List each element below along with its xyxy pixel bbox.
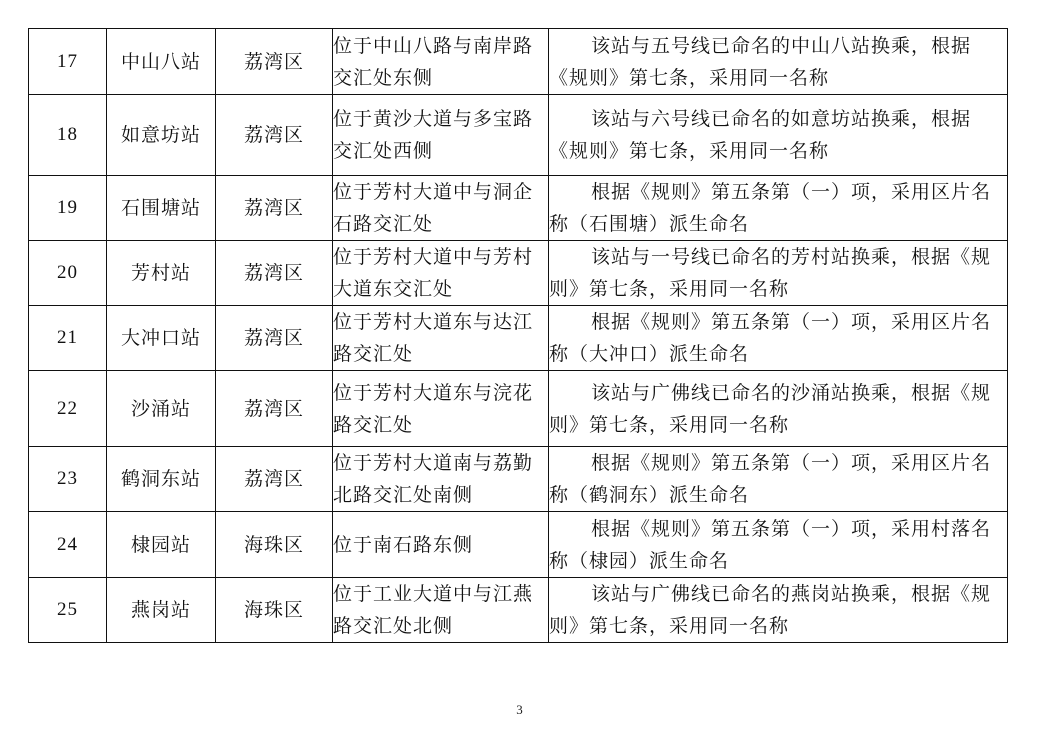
location-cell: 位于芳村大道东与达江路交汇处 (333, 306, 549, 371)
district-cell: 海珠区 (216, 512, 333, 578)
station-name-cell: 鹤洞东站 (107, 447, 216, 512)
location-cell: 位于南石路东侧 (333, 512, 549, 578)
district-cell: 荔湾区 (216, 306, 333, 371)
naming-reason-text: 该站与广佛线已命名的沙涌站换乘，根据《规则》第七条，采用同一名称 (549, 382, 991, 436)
table-row: 19石围塘站荔湾区位于芳村大道中与洞企石路交汇处根据《规则》第五条第（一）项，采… (29, 176, 1008, 241)
station-number-cell: 21 (29, 306, 107, 371)
district-cell: 荔湾区 (216, 95, 333, 176)
station-name-cell: 石围塘站 (107, 176, 216, 241)
document-page: 17中山八站荔湾区位于中山八路与南岸路交汇处东侧该站与五号线已命名的中山八站换乘… (0, 0, 1039, 729)
location-cell: 位于芳村大道南与荔勤北路交汇处南侧 (333, 447, 549, 512)
station-name-cell: 如意坊站 (107, 95, 216, 176)
district-cell: 荔湾区 (216, 371, 333, 447)
naming-reason-text: 根据《规则》第五条第（一）项，采用区片名称（石围塘）派生命名 (549, 181, 991, 235)
naming-reason-cell: 该站与六号线已命名的如意坊站换乘，根据《规则》第七条，采用同一名称 (549, 95, 1008, 176)
naming-reason-text: 该站与五号线已命名的中山八站换乘，根据《规则》第七条，采用同一名称 (549, 35, 971, 89)
table-row: 17中山八站荔湾区位于中山八路与南岸路交汇处东侧该站与五号线已命名的中山八站换乘… (29, 29, 1008, 95)
station-number-cell: 25 (29, 578, 107, 643)
table-row: 25燕岗站海珠区位于工业大道中与江燕路交汇处北侧该站与广佛线已命名的燕岗站换乘，… (29, 578, 1008, 643)
station-naming-table: 17中山八站荔湾区位于中山八路与南岸路交汇处东侧该站与五号线已命名的中山八站换乘… (28, 28, 1008, 643)
location-cell: 位于芳村大道中与洞企石路交汇处 (333, 176, 549, 241)
table-row: 22沙涌站荔湾区位于芳村大道东与浣花路交汇处该站与广佛线已命名的沙涌站换乘，根据… (29, 371, 1008, 447)
station-number-cell: 17 (29, 29, 107, 95)
district-cell: 荔湾区 (216, 29, 333, 95)
naming-reason-cell: 该站与五号线已命名的中山八站换乘，根据《规则》第七条，采用同一名称 (549, 29, 1008, 95)
page-number: 3 (0, 702, 1039, 718)
table-row: 20芳村站荔湾区位于芳村大道中与芳村大道东交汇处该站与一号线已命名的芳村站换乘，… (29, 241, 1008, 306)
station-number-cell: 22 (29, 371, 107, 447)
table-row: 24棣园站海珠区位于南石路东侧根据《规则》第五条第（一）项，采用村落名称（棣园）… (29, 512, 1008, 578)
table-row: 23鹤洞东站荔湾区位于芳村大道南与荔勤北路交汇处南侧根据《规则》第五条第（一）项… (29, 447, 1008, 512)
station-number-cell: 24 (29, 512, 107, 578)
naming-reason-cell: 该站与广佛线已命名的燕岗站换乘，根据《规则》第七条，采用同一名称 (549, 578, 1008, 643)
naming-reason-text: 该站与六号线已命名的如意坊站换乘，根据《规则》第七条，采用同一名称 (549, 108, 971, 162)
location-cell: 位于中山八路与南岸路交汇处东侧 (333, 29, 549, 95)
station-name-cell: 大冲口站 (107, 306, 216, 371)
station-number-cell: 20 (29, 241, 107, 306)
naming-reason-text: 该站与广佛线已命名的燕岗站换乘，根据《规则》第七条，采用同一名称 (549, 583, 991, 637)
naming-reason-cell: 根据《规则》第五条第（一）项，采用区片名称（鹤洞东）派生命名 (549, 447, 1008, 512)
naming-reason-cell: 该站与广佛线已命名的沙涌站换乘，根据《规则》第七条，采用同一名称 (549, 371, 1008, 447)
location-cell: 位于芳村大道东与浣花路交汇处 (333, 371, 549, 447)
station-name-cell: 棣园站 (107, 512, 216, 578)
naming-reason-cell: 根据《规则》第五条第（一）项，采用村落名称（棣园）派生命名 (549, 512, 1008, 578)
naming-reason-text: 根据《规则》第五条第（一）项，采用村落名称（棣园）派生命名 (549, 518, 991, 572)
table-row: 18如意坊站荔湾区位于黄沙大道与多宝路交汇处西侧该站与六号线已命名的如意坊站换乘… (29, 95, 1008, 176)
naming-reason-cell: 根据《规则》第五条第（一）项，采用区片名称（大冲口）派生命名 (549, 306, 1008, 371)
district-cell: 荔湾区 (216, 447, 333, 512)
district-cell: 海珠区 (216, 578, 333, 643)
district-cell: 荔湾区 (216, 176, 333, 241)
naming-reason-cell: 根据《规则》第五条第（一）项，采用区片名称（石围塘）派生命名 (549, 176, 1008, 241)
location-cell: 位于工业大道中与江燕路交汇处北侧 (333, 578, 549, 643)
station-number-cell: 23 (29, 447, 107, 512)
naming-reason-text: 该站与一号线已命名的芳村站换乘，根据《规则》第七条，采用同一名称 (549, 246, 991, 300)
station-name-cell: 燕岗站 (107, 578, 216, 643)
naming-reason-cell: 该站与一号线已命名的芳村站换乘，根据《规则》第七条，采用同一名称 (549, 241, 1008, 306)
station-number-cell: 18 (29, 95, 107, 176)
table-body: 17中山八站荔湾区位于中山八路与南岸路交汇处东侧该站与五号线已命名的中山八站换乘… (29, 29, 1008, 643)
location-cell: 位于芳村大道中与芳村大道东交汇处 (333, 241, 549, 306)
naming-reason-text: 根据《规则》第五条第（一）项，采用区片名称（鹤洞东）派生命名 (549, 452, 991, 506)
station-name-cell: 沙涌站 (107, 371, 216, 447)
station-name-cell: 中山八站 (107, 29, 216, 95)
station-name-cell: 芳村站 (107, 241, 216, 306)
location-cell: 位于黄沙大道与多宝路交汇处西侧 (333, 95, 549, 176)
station-number-cell: 19 (29, 176, 107, 241)
table-row: 21大冲口站荔湾区位于芳村大道东与达江路交汇处根据《规则》第五条第（一）项，采用… (29, 306, 1008, 371)
naming-reason-text: 根据《规则》第五条第（一）项，采用区片名称（大冲口）派生命名 (549, 311, 991, 365)
district-cell: 荔湾区 (216, 241, 333, 306)
